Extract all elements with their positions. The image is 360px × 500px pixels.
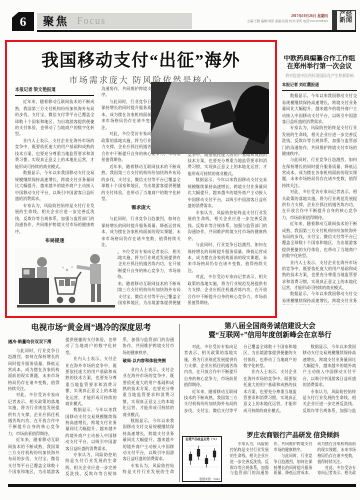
masthead-info: 2017年10月26日 星期四 主编/王勤 编辑/刘彤 美编/张晨 校对/李莉 … xyxy=(198,14,328,24)
credit-article-body: 对此，多位受访专家向记者表示，相关政策的落地实施，将为行业规范发展提供有力支撑，… xyxy=(184,344,356,420)
main-subhead-1: 布局提速 xyxy=(15,238,94,246)
bank-article[interactable]: 信贷产品收益走势（%） 数据来源：Wind 罗庄农商银行产品研发 信贷倾斜 专家… xyxy=(184,430,356,484)
newspaper-page: 6 聚焦 Focus 2017年10月26日 星期四 主编/王勤 编辑/刘彤 美… xyxy=(0,0,360,500)
body-text: 业内人士表示，支付企业在海外市场的竞争中，既要依托庞大的用户基础和成熟的技术方案… xyxy=(188,145,267,307)
body-text: 近年来，随着移动互联网技术的不断成熟，我国第三方支付机构纷纷加快海外布局的步伐，… xyxy=(15,99,94,235)
section-bar: 聚焦 Focus xyxy=(37,13,192,29)
page-number: 6 xyxy=(12,12,34,31)
main-article-title: 我国移动支付“出征”海外 xyxy=(7,46,275,71)
tv-market-article[interactable]: 电视市场“黄金周”遇冷的深度思考 遇冷·销量均价双双下滑 与此同时，行业竞争日趋… xyxy=(8,322,174,484)
credit-title-line2: 暨“互联网+”信用年度创新峰会在京举行 xyxy=(184,331,356,340)
page-bottom-rule xyxy=(8,484,356,487)
masthead-logo-text: 产经新闻 xyxy=(337,11,355,30)
bank-article-title: 罗庄农商银行产品研发 信贷倾斜 xyxy=(230,430,356,439)
main-article-byline: 本报记者 梁文艳报道 xyxy=(15,86,94,96)
article-photo xyxy=(151,82,269,154)
main-subhead-2: 需求庞大 xyxy=(101,205,180,213)
section-title: 聚焦 xyxy=(43,13,69,29)
sidebar-byline: 本报记者 刘红霞报道 xyxy=(282,82,357,91)
mini-chart: 信贷产品收益走势（%） 数据来源：Wind xyxy=(182,436,222,482)
chart-canvas xyxy=(185,442,219,472)
credit-summit-article[interactable]: 第八届全国商务诚信建设大会 暨“互联网+”信用年度创新峰会在京举行 对此，多位受… xyxy=(184,322,356,428)
body-text: 对此，多位受访专家向记者表示，相关政策的落地实施，将为行业规范发展提供有力支撑，… xyxy=(184,344,356,420)
tv-article-title: 电视市场“黄金周”遇冷的深度思考 xyxy=(8,322,174,333)
bank-article-body: 专家认为，风险防控始终是支付行业发展的生命线，相关企业应进一步完善反洗钱、反欺诈… xyxy=(230,442,356,482)
section-title-en: Focus xyxy=(77,16,106,27)
sidebar-title-line2: 在郑州举行第一次会议 xyxy=(282,63,357,71)
staff-line: 主编/王勤 编辑/刘彤 美编/张晨 校对/李莉 电话/010-56708391 xyxy=(198,19,328,24)
editorial-cartoon xyxy=(15,248,117,312)
tv-subhead-1: 遇冷·销量均价双双下滑 xyxy=(8,339,59,346)
masthead-logo: 产经新闻 xyxy=(332,10,356,31)
sidebar-subtitle: 将对促进中医药标准国际化产生积极影响 xyxy=(282,74,357,79)
column-divider xyxy=(179,324,180,482)
header-rule xyxy=(37,30,356,32)
body-text: 专家认为，风险防控始终是支付行业发展的生命线，相关企业应进一步完善反洗钱、反欺诈… xyxy=(230,442,356,482)
tv-subhead-2: 破局·以内容和体验突围 xyxy=(123,358,174,365)
main-article[interactable]: 我国移动支付“出征”海外 市场需求庞大 防风险依然是核心 本报记者 梁文艳报道 … xyxy=(5,40,277,318)
tv-article-body: 遇冷·销量均价双双下滑 与此同时，行业竞争日趋激烈，如何在保持增长的同时提升服务… xyxy=(8,337,174,479)
sidebar-article[interactable]: 中欧药典编纂合作工作组 在郑州举行第一次会议 将对促进中医药标准国际化产生积极影… xyxy=(282,55,357,317)
chart-source-label: 数据来源：Wind xyxy=(185,477,220,481)
sidebar-body: 数据显示，今年以来我国移动支付交易规模继续保持高速增长，跨境支付业务量同比大幅提… xyxy=(282,93,357,305)
